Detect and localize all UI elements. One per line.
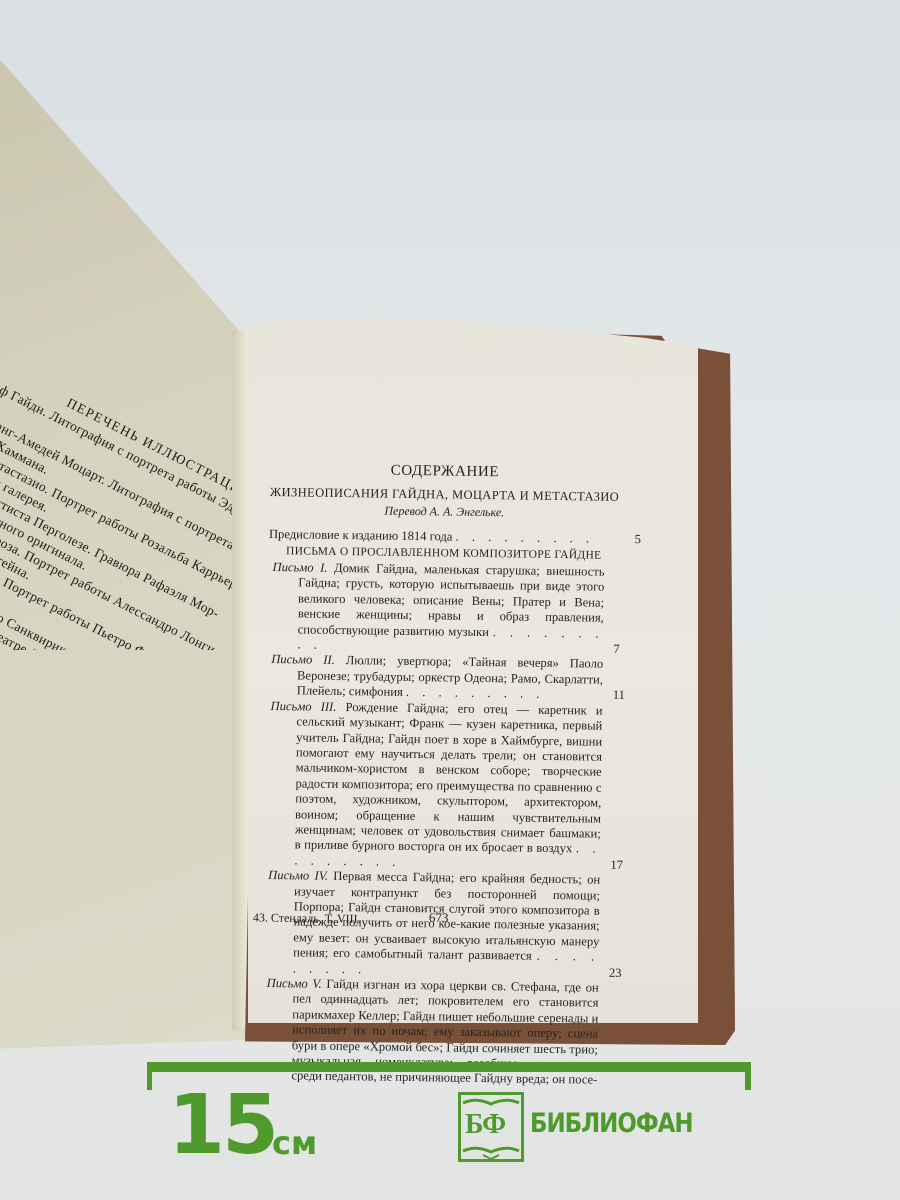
- letter-number: Письмо III.: [270, 699, 336, 714]
- toc-entry-letter-2: Письмо II. Люлли; увертюра; «Тайная вече…: [271, 653, 618, 704]
- toc-entry-text: Предисловие к изданию 1814 года: [269, 527, 453, 544]
- logo-name: БИБЛИОФАН: [530, 1108, 693, 1139]
- letter-number: Письмо I.: [272, 560, 327, 575]
- dot-leader: . . . . . . . . .: [456, 530, 595, 546]
- page-number: 673: [429, 910, 449, 926]
- table-of-contents: СОДЕРЖАНИЕ ЖИЗНЕОПИСАНИЯ ГАЙДНА, МОЦАРТА…: [261, 462, 620, 1089]
- scale-value: 15: [168, 1078, 276, 1173]
- logo-mark: БФ: [458, 1092, 524, 1162]
- dot-leader: . . . . . . . . .: [406, 685, 545, 701]
- letter-number: Письмо V.: [267, 976, 322, 991]
- letter-number: Письмо IV.: [268, 868, 328, 883]
- letter-number: Письмо II.: [271, 653, 335, 668]
- toc-entry-text: Рождение Гайдна; его отец — каретник и с…: [295, 700, 603, 856]
- toc-page-number: 5: [635, 532, 642, 547]
- left-page-text: ПЕРЕЧЕНЬ ИЛЛЮСТРАЦИЙ Иосиф Гайдн. Литогр…: [0, 350, 240, 650]
- toc-entry-letter-1: Письмо I. Домик Гайдна, маленькая старуш…: [271, 560, 618, 657]
- logo-letters: БФ: [465, 1109, 505, 1141]
- toc-entry-letter-3: Письмо III. Рождение Гайдна; его отец — …: [268, 699, 616, 873]
- printer-signature: 43. Стендаль. Т. VIII.: [253, 910, 361, 927]
- scale-unit: см: [272, 1124, 317, 1162]
